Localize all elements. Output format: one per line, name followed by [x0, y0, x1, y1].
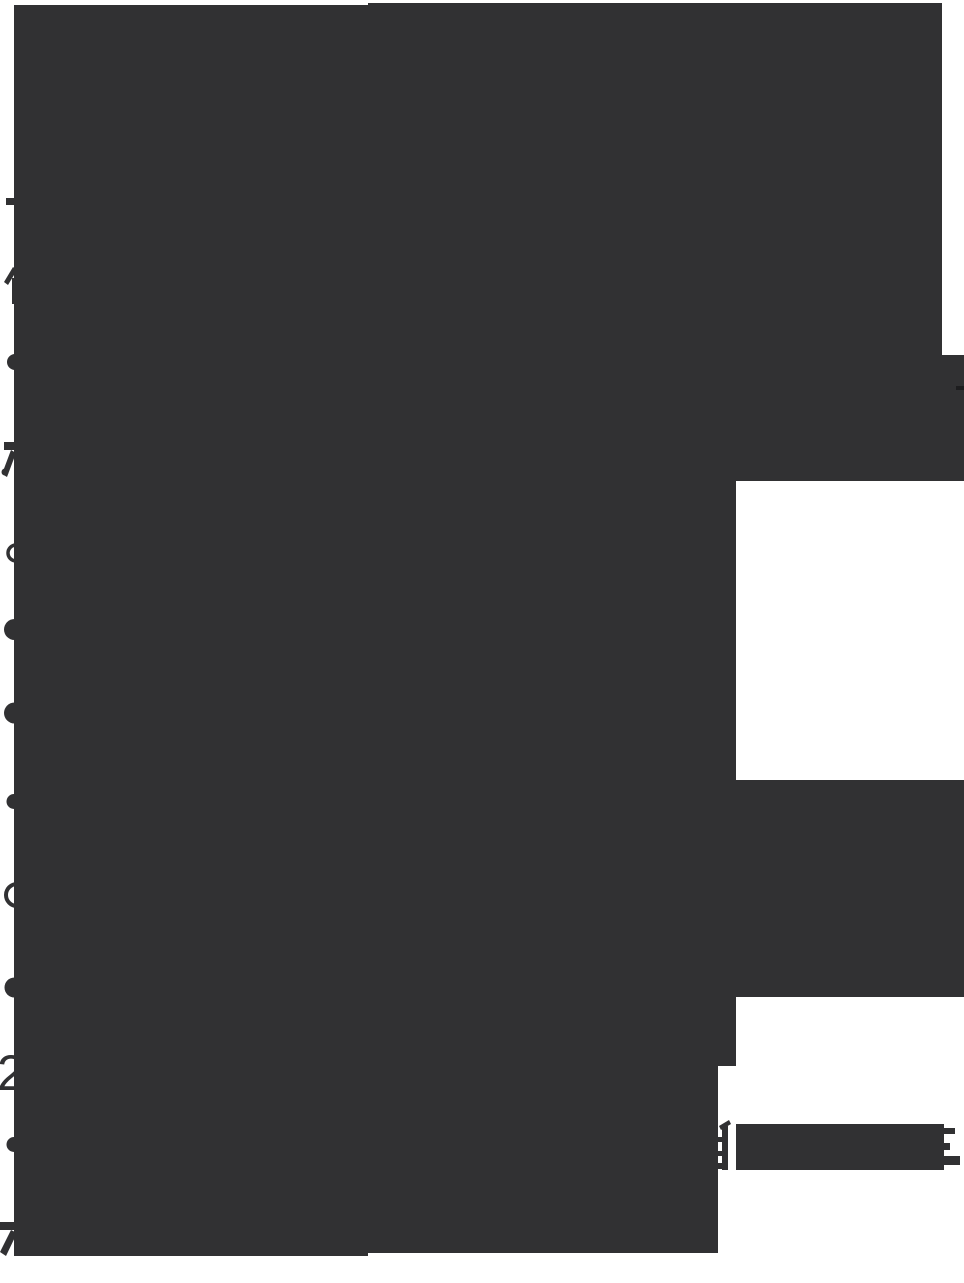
glyph-fragment-dot [2, 469, 9, 476]
overlay-column-bottom [14, 1066, 718, 1253]
overlay-bottom-step [14, 1253, 368, 1256]
obscured-content-canvas: 2 [0, 0, 964, 1283]
redaction-bar [736, 1124, 944, 1170]
dark-overlay [14, 3, 964, 1256]
overlay-block-lower-left [14, 997, 736, 1066]
glyph-sliver-bar-end-mid [944, 1143, 950, 1150]
glyph-sliver-bar-end-top [944, 1128, 955, 1134]
dark-dash-mark [956, 386, 964, 390]
marks-layer [956, 386, 964, 390]
overlay-band-lower [14, 780, 964, 997]
glyph-fragment-right-stem [722, 1126, 728, 1170]
overlay-block-top-right [368, 3, 942, 355]
glyph-fragment-dai-bar [0, 1222, 15, 1230]
document-page: 2 [0, 0, 964, 1283]
overlay-band-upper [14, 355, 964, 481]
overlay-block-mid-left [14, 481, 736, 780]
overlay-block-top-left [14, 5, 368, 355]
glyph-sliver-bar-end-bottom [944, 1156, 960, 1165]
